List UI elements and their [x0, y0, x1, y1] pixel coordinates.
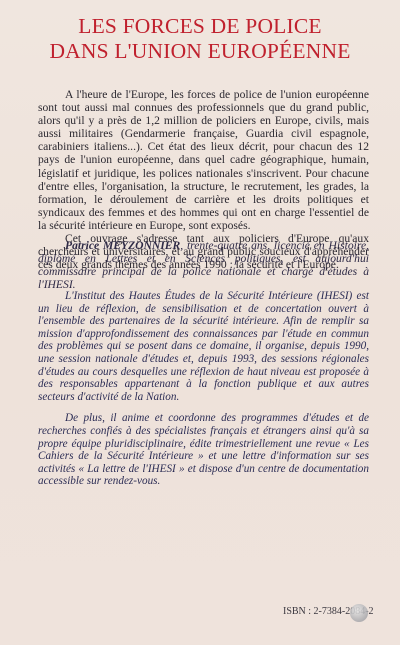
title-line-1: LES FORCES DE POLICE	[0, 14, 400, 39]
author-block: Patrice MEYZONNIER, trente-quatre ans, l…	[38, 239, 369, 291]
author-name: Patrice MEYZONNIER	[65, 239, 180, 252]
institute-block: L'Institut des Hautes Études de la Sécur…	[38, 290, 369, 488]
summary-paragraph-1: A l'heure de l'Europe, les forces de pol…	[38, 88, 369, 232]
institute-paragraph-1: L'Institut des Hautes Études de la Sécur…	[38, 290, 369, 403]
back-cover: LES FORCES DE POLICE DANS L'UNION EUROPÉ…	[0, 0, 400, 645]
author-paragraph: Patrice MEYZONNIER, trente-quatre ans, l…	[38, 239, 369, 291]
globe-logo-icon	[350, 604, 368, 622]
institute-paragraph-2: De plus, il anime et coordonne des progr…	[38, 412, 369, 488]
book-title: LES FORCES DE POLICE DANS L'UNION EUROPÉ…	[0, 14, 400, 64]
title-line-2: DANS L'UNION EUROPÉENNE	[0, 39, 400, 64]
